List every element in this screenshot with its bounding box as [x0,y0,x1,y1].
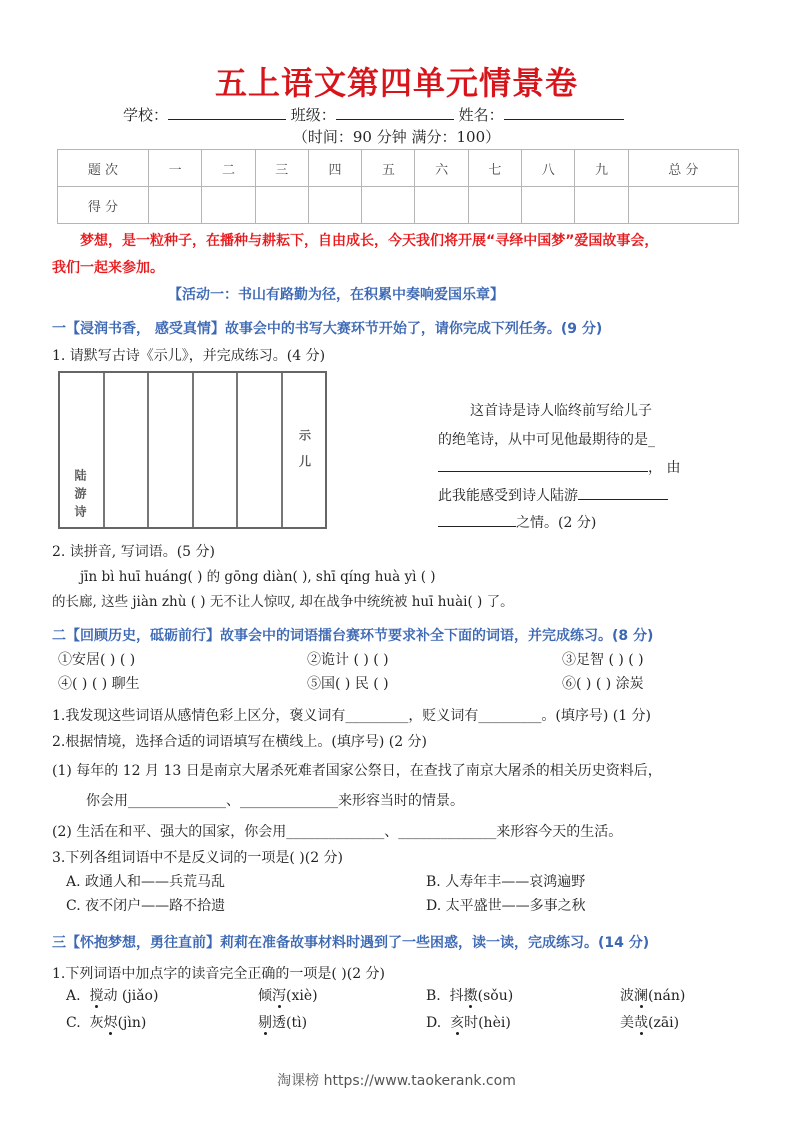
activity-one-title: 【活动一：书山有路勤为径，在积累中奏响爱国乐章】 [168,284,504,304]
school-field[interactable] [168,105,286,120]
idiom-fill-5[interactable]: ⑤国( ) 民 ( ) [307,673,389,693]
q1-text-line-4: 此我能感受到诗人陆游 [438,485,668,505]
table-row-score: 得 分 [58,187,739,224]
section-three-heading: 三【怀抱梦想，勇往直前】莉莉在准备故事材料时遇到了一些困惑，读一读，完成练习。(… [52,932,649,952]
s3-option-d-word2: 美哉(zāi) [620,1012,679,1032]
intro-line-2: 我们一起来参加。 [52,257,164,277]
s2-question-3: 3.下列各组词语中不是反义词的一项是( )(2 分) [52,847,343,867]
score-cell[interactable] [202,187,255,224]
col-header: 七 [468,150,521,187]
option-d[interactable]: D. 太平盛世——多事之秋 [426,895,586,915]
col-header: 四 [308,150,361,187]
score-cell[interactable] [468,187,521,224]
page-title: 五上语文第四单元情景卷 [0,58,793,104]
s2-question-2-1a: (1) 每年的 12 月 13 日是南京大屠杀死难者国家公祭日，在查找了南京大屠… [52,760,662,780]
poem-writing-grid[interactable]: 陆游诗 示儿 [58,371,327,529]
score-cell[interactable] [415,187,468,224]
section-two-heading: 二【回顾历史，砥砺前行】故事会中的词语擂台赛环节要求补全下面的词语，并完成练习。… [52,625,653,645]
s2-question-1[interactable]: 1.我发现这些词语从感情色彩上区分，褒义词有_________，贬义词有____… [52,705,651,725]
student-info-line: 学校： 班级： 姓名： [123,104,624,125]
poem-column-title[interactable]: 示儿 [283,373,326,527]
q1-text-line-2: 的绝笔诗，从中可见他最期待的是_ [438,429,655,449]
col-header: 八 [522,150,575,187]
idiom-fill-1[interactable]: ①安居( ) ( ) [58,649,135,669]
section-one-heading: 一【浸润书香， 感受真情】故事会中的书写大赛环节开始了，请你完成下列任务。(9 … [52,318,602,338]
q1-text-line-3: ， 由 [438,457,680,477]
q1-answer-blank-1[interactable] [438,457,648,472]
poem-column-author[interactable]: 陆游诗 [60,373,105,527]
s3-option-b[interactable]: B. 抖擞(sǒu) [426,985,513,1005]
s3-option-a[interactable]: A. 搅动 (jiǎo) [66,985,158,1005]
name-field[interactable] [504,105,624,120]
col-header: 总 分 [628,150,738,187]
q1-text-line-1: 这首诗是诗人临终前写给儿子 [470,400,652,420]
score-cell[interactable] [628,187,738,224]
s2-question-2-2[interactable]: (2) 生活在和平、强大的国家，你会用______________、______… [52,821,622,841]
idiom-fill-4[interactable]: ④( ) ( ) 聊生 [58,673,140,693]
option-b[interactable]: B. 人寿年丰——哀鸿遍野 [426,871,585,891]
s3-option-d[interactable]: D. 亥时(hèi) [426,1012,511,1032]
option-a[interactable]: A. 政通人和——兵荒马乱 [66,871,225,891]
option-c[interactable]: C. 夜不闭户——路不拾遗 [66,895,225,915]
col-header: 二 [202,150,255,187]
score-table: 题 次 一 二 三 四 五 六 七 八 九 总 分 得 分 [57,149,739,224]
score-cell[interactable] [308,187,361,224]
s3-question-1: 1.下列词语中加点字的读音完全正确的一项是( )(2 分) [52,963,385,983]
pinyin-line-2[interactable]: 的长廊, 这些 jiàn zhù ( ) 无不让人惊叹, 却在战争中统统被 hu… [52,590,514,610]
score-cell[interactable] [522,187,575,224]
score-cell[interactable] [149,187,202,224]
col-header: 五 [362,150,415,187]
row-label-question: 题 次 [58,150,149,187]
col-header: 六 [415,150,468,187]
poem-author: 陆游诗 [72,469,89,523]
row-label-score: 得 分 [58,187,149,224]
score-cell[interactable] [362,187,415,224]
s1-question-2: 2. 读拼音, 写词语。(5 分) [52,541,215,561]
s2-question-2: 2.根据情境，选择合适的词语填写在横线上。(填序号) (2 分) [52,731,427,751]
s3-option-c-word2: 剔透(tì) [258,1012,307,1032]
exam-time-info: （时间：90 分钟 满分：100） [0,126,793,147]
idiom-fill-2[interactable]: ②诡计 ( ) ( ) [307,649,389,669]
q1-text-line-5: 之情。(2 分) [438,512,596,532]
table-row-header: 题 次 一 二 三 四 五 六 七 八 九 总 分 [58,150,739,187]
col-header: 三 [255,150,308,187]
poem-title: 示儿 [297,429,314,481]
poem-column[interactable] [194,373,239,527]
idiom-fill-3[interactable]: ③足智 ( ) ( ) [562,649,644,669]
school-label: 学校： [123,106,168,124]
class-field[interactable] [336,105,454,120]
col-header: 九 [575,150,628,187]
col-header: 一 [149,150,202,187]
idiom-fill-6[interactable]: ⑥( ) ( ) 涂炭 [562,673,644,693]
s3-option-c[interactable]: C. 灰烬(jìn) [66,1012,146,1032]
name-label: 姓名： [459,106,504,124]
s3-option-a-word2: 倾泻(xiè) [258,985,318,1005]
intro-line-1: 梦想，是一粒种子，在播种与耕耘下，自由成长，今天我们将开展“寻绎中国梦”爱国故事… [80,230,658,250]
class-label: 班级： [291,106,336,124]
q1-answer-blank-3[interactable] [438,512,516,527]
poem-column[interactable] [238,373,283,527]
s3-option-b-word2: 波澜(nán) [620,985,685,1005]
s2-question-2-1b[interactable]: 你会用______________、______________来形容当时的情景… [86,790,464,810]
s1-question-1: 1. 请默写古诗《示儿》，并完成练习。(4 分) [52,345,325,365]
score-cell[interactable] [575,187,628,224]
score-cell[interactable] [255,187,308,224]
q1-answer-blank-2[interactable] [578,485,668,500]
poem-column[interactable] [149,373,194,527]
pinyin-line-1[interactable]: jīn bì huī huáng( ) 的 gōng diàn( ), shī … [80,565,436,585]
poem-column[interactable] [105,373,150,527]
footer-watermark: 淘课榜 https://www.taokerank.com [0,1070,793,1090]
